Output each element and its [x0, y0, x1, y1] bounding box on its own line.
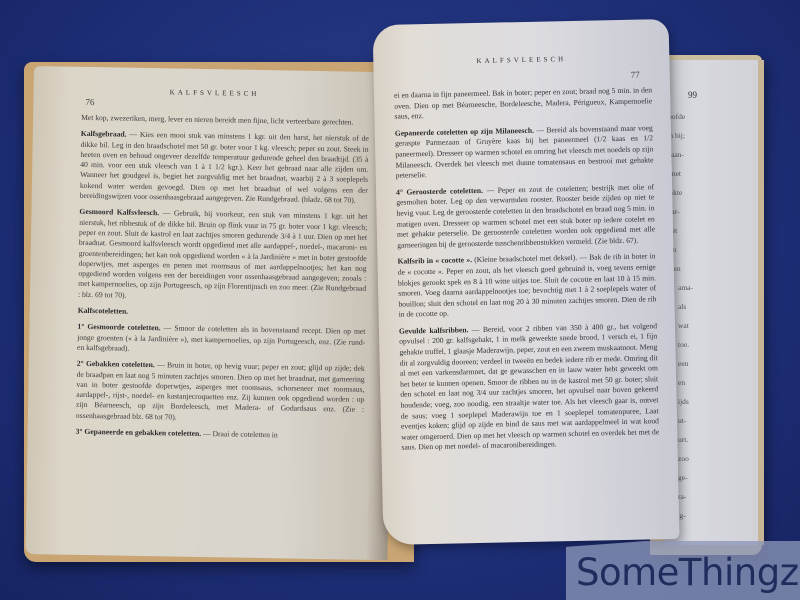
page-number: 99 [688, 90, 697, 100]
text-fragment: ra- [678, 492, 686, 501]
recipe-heading: 3° Gepaneerde en gebakken coteletten. [76, 427, 202, 438]
paragraph: 3° Gepaneerde en gebakken coteletten. — … [76, 427, 364, 442]
paragraph: Gevulde kalfsribben. — Bereid, voor 2 ri… [399, 321, 660, 454]
text-fragment: wat [678, 321, 689, 330]
recipe-heading: Kalfscoteletten. [78, 306, 129, 316]
paragraph: ei en daarna in fijn paneermeel. Bak in … [394, 85, 653, 122]
text-fragment: een [678, 359, 688, 368]
text-fragment: en [678, 378, 685, 387]
watermark-text: SomeThingz [576, 551, 799, 594]
recipe-text: ei en daarna in fijn paneermeel. Bak in … [394, 85, 652, 121]
text-fragment: ge- [678, 473, 688, 482]
paragraph: Met kop, zwezeriken, merg, lever en nier… [81, 113, 369, 128]
recipe-text: Met kop, zwezeriken, merg, lever en nier… [81, 113, 354, 127]
recipe-text: — Bruin in boter, op hevig vuur; peper e… [76, 360, 365, 421]
recipe-heading: 2° Gebakken coteletten. [77, 359, 155, 369]
watermark: SomeThingz [566, 541, 800, 600]
text-fragment: ama- [678, 283, 693, 292]
page-body: Met kop, zwezeriken, merg, lever en nier… [75, 113, 369, 448]
text-fragment: urt. [678, 435, 688, 444]
paragraph: Gesmoord Kalfsvleesch. — Gebruik, bij vo… [78, 207, 368, 305]
paragraph: Kalfsgebraad. — Kies een mooi stuk van m… [80, 129, 369, 206]
page-body: ei en daarna in fijn paneermeel. Bak in … [394, 85, 660, 459]
text-fragment: ijds [678, 397, 689, 406]
text-fragment: ut- [678, 416, 686, 425]
partial-underlying-page: 99 toofdeen bij;staan-, methakteGar-mete… [664, 60, 764, 545]
recipe-text: — Draai de coteletten in [201, 429, 278, 439]
recipe-heading: Gesmoord Kalfsvleesch. [79, 207, 159, 217]
text-fragment: zoo [678, 454, 689, 463]
open-book: 99 toofdeen bij;staan-, methakteGar-mete… [0, 0, 800, 600]
paragraph: Gepaneerde coteletten op zijn Milaneesch… [395, 123, 654, 181]
running-head: KALFSVLEESCH [373, 53, 669, 67]
paragraph: 2° Gebakken coteletten. — Bruin in boter… [76, 359, 365, 426]
paragraph: 4° Geroosterde coteletten. — Peper en zo… [396, 182, 655, 251]
recipe-text: — Bereid, voor 2 ribben van 350 à 400 gr… [399, 321, 659, 452]
page-number: 77 [631, 70, 640, 80]
recipe-heading: Kalfsgebraad. [81, 129, 127, 139]
paragraph: Kalfscoteletten. [78, 306, 366, 321]
recipe-heading: 4° Geroosterde coteletten. [396, 186, 483, 197]
recipe-heading: 1° Gesmoorde coteletten. [77, 322, 160, 332]
text-fragment: toe. [678, 340, 689, 349]
paragraph: Kalfsrib in « cocotte ». (Kleine braadsc… [397, 252, 656, 321]
recipe-text: — Gebruik, bij voorkeur, een stuk van mi… [78, 209, 368, 300]
text-fragment: als [678, 302, 686, 311]
page-number: 76 [85, 97, 94, 107]
text-fragment: 'g- [678, 511, 686, 520]
paragraph: 1° Gesmoorde coteletten. — Smoor de cote… [77, 322, 365, 358]
recipe-heading: Kalfsrib in « cocotte ». [397, 255, 472, 266]
recipe-heading: Gevulde kalfsribben. [399, 325, 469, 335]
recipe-text: — Kies een mooi stuk van minstens 1 kgr.… [80, 130, 369, 205]
left-page: KALFSVLEESCH 76 Met kop, zwezeriken, mer… [25, 66, 395, 560]
right-page: KALFSVLEESCH 77 ei en daarna in fijn pan… [373, 19, 680, 545]
